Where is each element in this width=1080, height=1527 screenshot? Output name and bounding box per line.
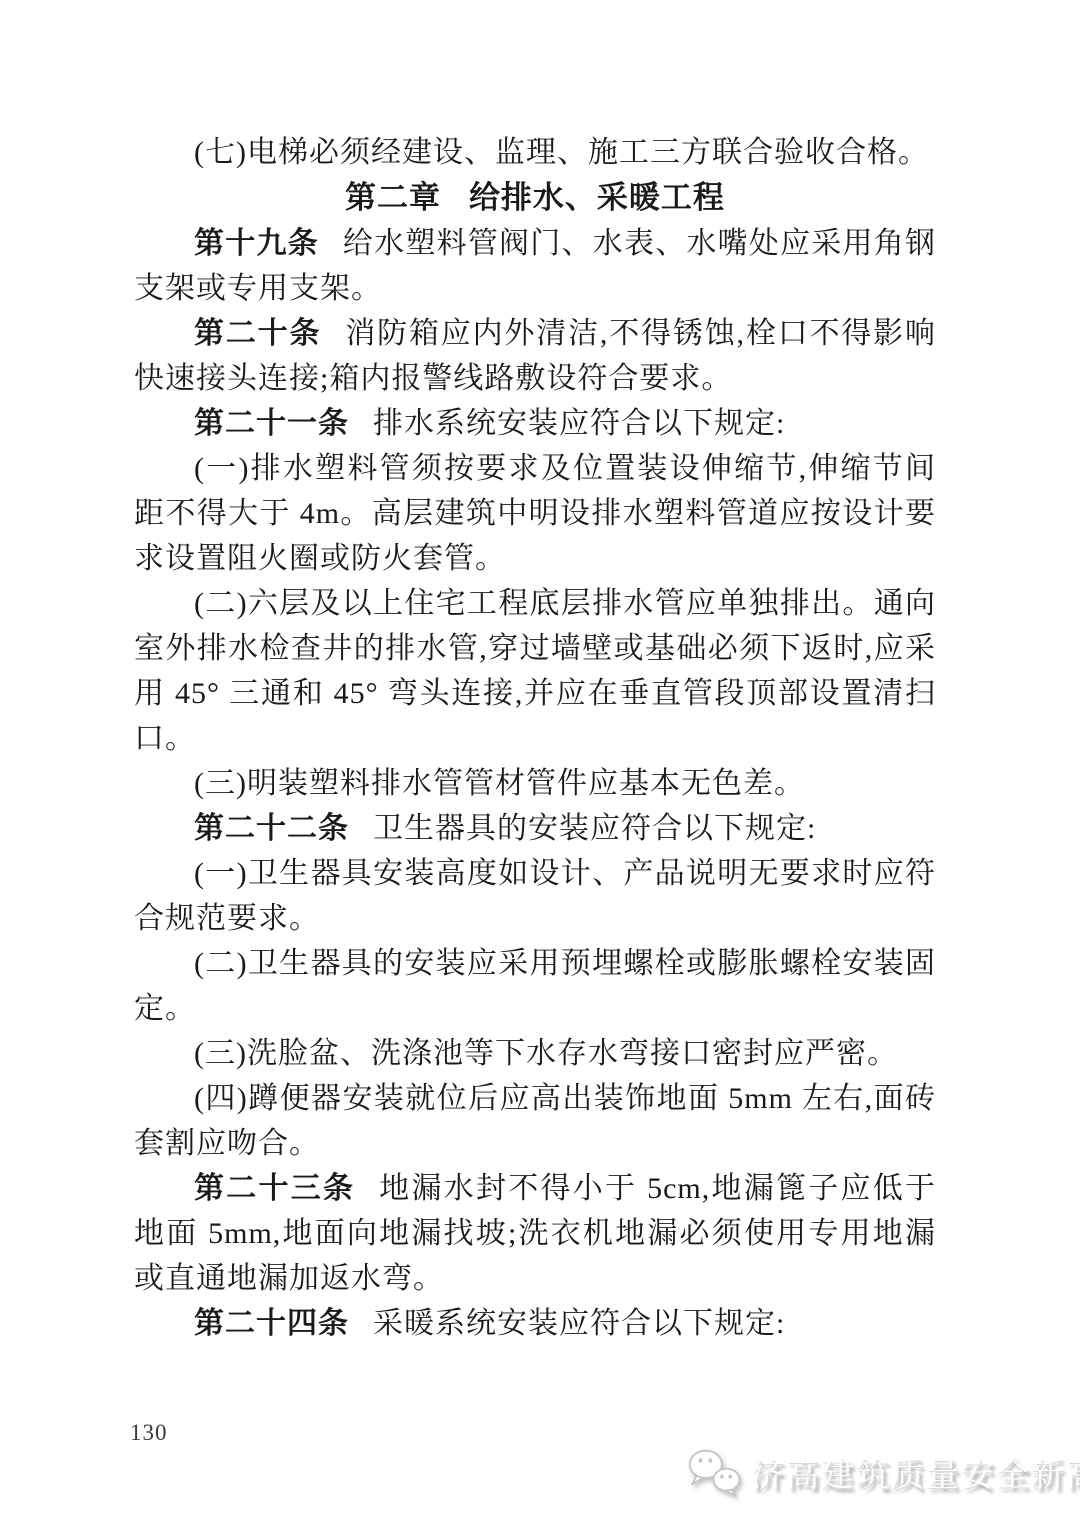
paragraph-text: (七)电梯必须经建设、监理、施工三方联合验收合格。	[194, 136, 929, 169]
page-number: 130	[130, 1420, 168, 1446]
paragraph-text: 排水系统安装应符合以下规定:	[373, 407, 785, 440]
paragraph: (一)卫生器具安装高度如设计、产品说明无要求时应符合规范要求。	[134, 851, 936, 941]
paragraph: 第二十条消防箱应内外清洁,不得锈蚀,栓口不得影响快速接头连接;箱内报警线路敷设符…	[134, 311, 936, 401]
paragraph: (二)卫生器具的安装应采用预埋螺栓或膨胀螺栓安装固定。	[134, 941, 936, 1031]
paragraph: (一)排水塑料管须按要求及位置装设伸缩节,伸缩节间距不得大于 4m。高层建筑中明…	[134, 446, 936, 581]
watermark-text: 济高建筑质量安全新高地	[751, 1449, 1080, 1496]
paragraph: (四)蹲便器安装就位后应高出装饰地面 5mm 左右,面砖套割应吻合。	[134, 1076, 936, 1166]
chapter-heading: 第二章给排水、采暖工程	[134, 175, 936, 221]
paragraph: 第二十四条采暖系统安装应符合以下规定:	[134, 1301, 936, 1346]
article-number: 第二十二条	[194, 812, 349, 845]
paragraph-text: (一)卫生器具安装高度如设计、产品说明无要求时应符合规范要求。	[134, 857, 936, 935]
article-number: 第二十条	[194, 317, 321, 350]
paragraph: 第二十三条地漏水封不得小于 5cm,地漏篦子应低于地面 5mm,地面向地漏找坡;…	[134, 1166, 936, 1301]
paragraph-text: (二)六层及以上住宅工程底层排水管应单独排出。通向室外排水检查井的排水管,穿过墙…	[134, 587, 936, 755]
paragraph-text: (四)蹲便器安装就位后应高出装饰地面 5mm 左右,面砖套割应吻合。	[134, 1082, 936, 1160]
paragraph-text: (一)排水塑料管须按要求及位置装设伸缩节,伸缩节间距不得大于 4m。高层建筑中明…	[134, 452, 936, 575]
article-number: 第二十三条	[194, 1172, 355, 1205]
watermark: 济高建筑质量安全新高地	[686, 1447, 1080, 1497]
paragraph-text: (三)明装塑料排水管管材管件应基本无色差。	[194, 767, 805, 800]
wechat-icon	[686, 1447, 744, 1497]
paragraph: (三)明装塑料排水管管材管件应基本无色差。	[134, 761, 936, 806]
paragraph-text: 采暖系统安装应符合以下规定:	[373, 1307, 785, 1340]
paragraph: 第二十二条卫生器具的安装应符合以下规定:	[134, 806, 936, 851]
paragraph: 第十九条给水塑料管阀门、水表、水嘴处应采用角钢支架或专用支架。	[134, 221, 936, 311]
paragraph-text: 卫生器具的安装应符合以下规定:	[373, 812, 816, 845]
document-body: (七)电梯必须经建设、监理、施工三方联合验收合格。 第二章给排水、采暖工程 第十…	[134, 130, 936, 1346]
paragraph: 第二十一条排水系统安装应符合以下规定:	[134, 401, 936, 446]
article-number: 第二十一条	[194, 407, 349, 440]
paragraph-text: (二)卫生器具的安装应采用预埋螺栓或膨胀螺栓安装固定。	[134, 947, 936, 1025]
paragraph: (二)六层及以上住宅工程底层排水管应单独排出。通向室外排水检查井的排水管,穿过墙…	[134, 581, 936, 761]
article-number: 第二十四条	[194, 1307, 349, 1340]
article-number: 第十九条	[194, 227, 319, 260]
chapter-title: 给排水、采暖工程	[469, 180, 725, 215]
paragraph: (七)电梯必须经建设、监理、施工三方联合验收合格。	[134, 130, 936, 175]
paragraph-text: (三)洗脸盆、洗涤池等下水存水弯接口密封应严密。	[194, 1037, 898, 1070]
chapter-number: 第二章	[345, 180, 441, 215]
paragraph: (三)洗脸盆、洗涤池等下水存水弯接口密封应严密。	[134, 1031, 936, 1076]
